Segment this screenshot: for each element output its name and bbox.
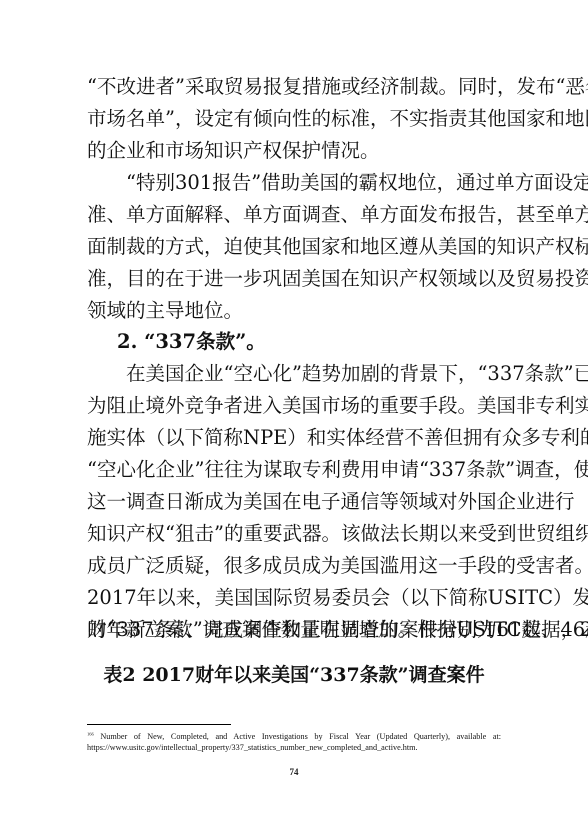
text-line: 的企业和市场知识产权保护情况。 (87, 139, 501, 163)
footnote-line-1: 166 Number of New, Completed, and Active… (87, 731, 501, 742)
text-line: 市场名单”，设定有倾向性的标准，不实指责其他国家和地区 (87, 107, 501, 131)
footnote-text: Number of New, Completed, and Active Inv… (100, 732, 501, 741)
text-line: 这一调查日渐成为美国在电子通信等领域对外国企业进行 (87, 490, 501, 514)
text-line: 准，目的在于进一步巩固美国在知识产权领域以及贸易投资 (87, 267, 501, 291)
text-line: 施实体（以下简称NPE）和实体经营不善但拥有众多专利的 (87, 426, 501, 450)
footnote-url[interactable]: https://www.usitc.gov/intellectual_prope… (87, 742, 501, 753)
table-caption: 表2 2017财年以来美国“337条款”调查案件 (0, 663, 588, 687)
footnote-number: 166 (87, 731, 94, 736)
text-line: 领域的主导地位。 (87, 299, 501, 323)
section-heading: 2. “337条款”。 (117, 330, 266, 354)
footnote-divider (87, 724, 231, 725)
text-line: 2017年以来，美国国际贸易委员会（以下简称USITC）发起 (87, 586, 501, 610)
text-line: “空心化企业”往往为谋取专利费用申请“337条款”调查，使得 (87, 458, 501, 482)
text-line: 在美国企业“空心化”趋势加剧的背景下，“337条款”已成 (87, 362, 501, 386)
text-line: 为阻止境外竞争者进入美国市场的重要手段。美国非专利实 (87, 394, 501, 418)
text-line: 成员广泛质疑，很多成员成为美国滥用这一手段的受害者。 (87, 554, 501, 578)
document-page: “不改进者”采取贸易报复措施或经济制裁。同时，发布“恶名 市场名单”，设定有倾向… (0, 0, 588, 834)
text-line: 财年新立案、完成调查和正在调查的案件分别为61起、46起 (87, 618, 501, 642)
text-line: “特别301报告”借助美国的霸权地位，通过单方面设定标 (87, 171, 501, 195)
text-line: 面制裁的方式，迫使其他国家和地区遵从美国的知识产权标 (87, 235, 501, 259)
text-line: 准、单方面解释、单方面调查、单方面发布报告，甚至单方 (87, 203, 501, 227)
text-line: 知识产权“狙击”的重要武器。该做法长期以来受到世贸组织 (87, 522, 501, 546)
page-number: 74 (0, 767, 588, 777)
text-line: “不改进者”采取贸易报复措施或经济制裁。同时，发布“恶名 (87, 75, 501, 99)
